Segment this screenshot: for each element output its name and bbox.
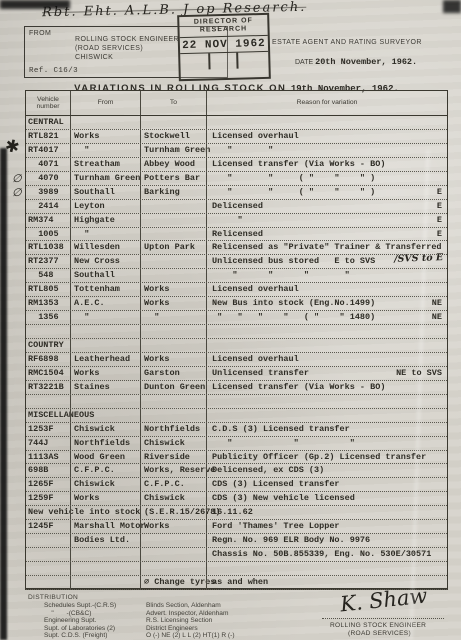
cell-vehicle-number: CENTRAL [26, 116, 70, 129]
table-row [26, 325, 447, 339]
date-label: DATE [295, 59, 313, 66]
table-row: RTL821WorksStockwellLicensed overhaul [26, 130, 447, 144]
cell-from: Works [70, 367, 140, 380]
table-row: 744JNorthfieldsChiswick " " " [26, 437, 447, 451]
cell-from: " [70, 311, 140, 324]
cell-reason: DelicensedE [206, 200, 447, 213]
cell-reason: New Bus into stock (Eng.No.1499)NE [206, 297, 447, 310]
cell-from: Leatherhead [70, 353, 140, 366]
cell-vehicle-number: 698B [26, 464, 70, 477]
section-row: MISCELLANEOUS [26, 409, 447, 423]
allocation-note: NE to SVS [396, 367, 442, 380]
cell-vehicle-number [26, 395, 70, 408]
cell-from: Staines [70, 381, 140, 394]
cell-vehicle-number: 1265F [26, 478, 70, 491]
allocation-note: NE [432, 311, 442, 324]
table-row: RT4017 "Turnham Green " "✱ [26, 144, 447, 158]
cell-to [140, 562, 206, 575]
cell-to: Dunton Green [140, 381, 206, 394]
cell-from: le into stock [70, 506, 140, 519]
table-row: New vehicle into stock(S.E.R.15/2678)16.… [26, 506, 447, 520]
cell-from: Marshall Motor [70, 520, 140, 533]
cell-from: Turnham Green [70, 172, 140, 185]
table-row: ∅ Change tyresas and when [26, 576, 447, 590]
cell-vehicle-number [26, 325, 70, 338]
cell-vehicle-number: 1113AS [26, 451, 70, 464]
cell-vehicle-number: 1005 [26, 228, 70, 241]
table-body: CENTRALRTL821WorksStockwellLicensed over… [26, 116, 447, 590]
cell-vehicle-number: 4071 [26, 158, 70, 171]
cell-reason [206, 562, 447, 575]
cell-reason: "E [206, 214, 447, 227]
cell-to [140, 269, 206, 282]
cell-reason: Unlicensed bus stored E to SVS/SVS to E [206, 255, 447, 268]
table-row: 1253FChiswickNorthfieldsC.D.S (3) Licens… [26, 423, 447, 437]
cell-from: New Cross [70, 255, 140, 268]
cell-from [70, 548, 140, 561]
distribution-column-1: Schedules Supt.-(C.R.S) " -(CB&C)Enginee… [44, 602, 116, 640]
distribution-item: O (-) NE (2) L L (2) HT(1) R (-) [146, 632, 235, 640]
cell-to: Works [140, 520, 206, 533]
table-row: 698BC.F.P.C.Works, ReserveDelicensed, ex… [26, 464, 447, 478]
cell-from: Bodies Ltd. [70, 534, 140, 547]
cell-to: (S.E.R.15/2678) [140, 506, 206, 519]
cell-reason: CDS (3) New vehicle licensed [206, 492, 447, 505]
cell-from [70, 325, 140, 338]
cell-to: Works, Reserve [140, 464, 206, 477]
margin-asterisk-mark: ✱ [3, 136, 21, 159]
distribution-item: Supt. C.D.S. (Freight) [44, 632, 116, 640]
allocation-note: E [437, 228, 442, 241]
from-address-lines: ROLLING STOCK ENGINEER (ROAD SERVICES) C… [75, 35, 179, 62]
cell-vehicle-number: RF6898 [26, 353, 70, 366]
cell-from: Leyton [70, 200, 140, 213]
reference-number: Ref. C16/3 [29, 67, 78, 75]
stamp-title: DIRECTOR OF RESEARCH [179, 15, 268, 38]
cell-to: Chiswick [140, 437, 206, 450]
table-row: RF6898LeatherheadWorksLicensed overhaul [26, 353, 447, 367]
distribution-item: Schedules Supt.-(C.R.S) [44, 602, 116, 610]
cell-reason: " " ( " " " ) [206, 172, 447, 185]
cell-to [140, 325, 206, 338]
cell-to: Upton Park [140, 241, 206, 254]
cell-reason: CDS (3) Licensed transfer [206, 478, 447, 491]
rolling-stock-table: Vehicle numberFromToReason for variation… [25, 90, 448, 590]
table-row: 1245FMarshall MotorWorksFord 'Thames' Tr… [26, 520, 447, 534]
cell-reason: Licensed overhaul [206, 353, 447, 366]
cell-vehicle-number [26, 576, 70, 589]
cell-vehicle-number: MISCELLANEOUS [26, 409, 70, 422]
cell-reason: Publicity Officer (Gp.2) Licensed transf… [206, 451, 447, 464]
table-row [26, 395, 447, 409]
table-row: Chassis No. 50B.855339, Eng. No. 530E/30… [26, 548, 447, 562]
table-row: RM1353A.E.C.WorksNew Bus into stock (Eng… [26, 297, 447, 311]
document-page: Rbt. Eht. A.L.B. J op Research. FROM ROL… [0, 0, 461, 640]
table-row: RT3221BStainesDunton GreenLicensed trans… [26, 381, 447, 395]
cell-reason [206, 409, 447, 422]
cell-reason: Regn. No. 969 ELR Body No. 9976 [206, 534, 447, 547]
table-row: RTL805TottenhamWorksLicensed overhaul [26, 283, 447, 297]
table-row: Bodies Ltd.Regn. No. 969 ELR Body No. 99… [26, 534, 447, 548]
allocation-note: E [437, 200, 442, 213]
cell-from: Tottenham [70, 283, 140, 296]
cell-to: Stockwell [140, 130, 206, 143]
cell-vehicle-number [26, 534, 70, 547]
cell-from: Southall [70, 269, 140, 282]
cell-vehicle-number: RT2377 [26, 255, 70, 268]
cell-to: C.F.P.C. [140, 478, 206, 491]
column-header: Vehicle number [26, 91, 70, 115]
cell-reason: 16.11.62 [206, 506, 447, 519]
column-header: Reason for variation [206, 91, 447, 115]
cell-vehicle-number: RT3221B [26, 381, 70, 394]
table-row: RMC1504WorksGarstonUnlicensed transferNE… [26, 367, 447, 381]
cell-to [140, 116, 206, 129]
from-line-2: (ROAD SERVICES) [75, 44, 179, 53]
cell-to [140, 534, 206, 547]
table-row: RTL1038WillesdenUpton ParkRelicensed as … [26, 241, 447, 255]
table-row: 1113ASWood GreenRiversidePublicity Offic… [26, 451, 447, 465]
cell-vehicle-number: RTL1038 [26, 241, 70, 254]
handwritten-correction: /SVS to E [394, 252, 444, 267]
cell-reason: " " " [206, 437, 447, 450]
cell-reason: " " " " ( " " 1480)NE [206, 311, 447, 324]
cell-from: Chiswick [70, 423, 140, 436]
cell-vehicle-number: 1259F [26, 492, 70, 505]
cell-reason [206, 339, 447, 352]
cell-vehicle-number: 1245F [26, 520, 70, 533]
allocation-note: E [437, 186, 442, 199]
cell-reason [206, 395, 447, 408]
cell-to: Potters Bar [140, 172, 206, 185]
cell-to [140, 214, 206, 227]
cell-reason: Delicensed, ex CDS (3) [206, 464, 447, 477]
cell-reason: C.D.S (3) Licensed transfer [206, 423, 447, 436]
table-row: 1259FWorksChiswickCDS (3) New vehicle li… [26, 492, 447, 506]
cell-vehicle-number: RM374 [26, 214, 70, 227]
distribution-item: Engineering Supt. [44, 617, 116, 625]
cell-reason [206, 325, 447, 338]
cell-from [70, 576, 140, 589]
cell-to [140, 395, 206, 408]
section-row: CENTRAL [26, 116, 447, 130]
cell-from: A.E.C. [70, 297, 140, 310]
cell-from: Highgate [70, 214, 140, 227]
table-row [26, 562, 447, 576]
cell-vehicle-number: 744J [26, 437, 70, 450]
cell-to: Garston [140, 367, 206, 380]
cell-from: C.F.P.C. [70, 464, 140, 477]
table-row: 4071StreathamAbbey WoodLicensed transfer… [26, 158, 447, 172]
cell-to: Works [140, 297, 206, 310]
column-header: From [70, 91, 140, 115]
distribution-column-2: Blinds Section, AldenhamAdvert. Inspecto… [146, 602, 235, 640]
table-header-row: Vehicle numberFromToReason for variation [26, 91, 447, 116]
margin-null-mark: ∅ [12, 172, 22, 185]
cell-reason: RelicensedE [206, 228, 447, 241]
cell-from [70, 339, 140, 352]
table-row: 4070Turnham GreenPotters Bar " " ( " " "… [26, 172, 447, 186]
cell-reason: " " [206, 144, 447, 157]
distribution-title: DISTRIBUTION [28, 594, 78, 601]
cell-from [70, 395, 140, 408]
cell-vehicle-number: 1356 [26, 311, 70, 324]
cell-from: " [70, 228, 140, 241]
table-row: 2414LeytonDelicensedE [26, 200, 447, 214]
cell-reason: Unlicensed transferNE to SVS [206, 367, 447, 380]
cell-reason: Ford 'Thames' Tree Lopper [206, 520, 447, 533]
cell-vehicle-number: RTL821 [26, 130, 70, 143]
cell-to [140, 255, 206, 268]
photo-edge-left [0, 148, 7, 640]
cell-to [140, 548, 206, 561]
cell-vehicle-number: 3989 [26, 186, 70, 199]
cell-from: Streatham [70, 158, 140, 171]
cell-from: Wood Green [70, 451, 140, 464]
cell-reason [206, 116, 447, 129]
cell-to [140, 200, 206, 213]
date-line: DATE 20th November, 1962. [295, 57, 417, 67]
cell-vehicle-number: 2414 [26, 200, 70, 213]
cell-from: Chiswick [70, 478, 140, 491]
cell-reason: as and when [206, 576, 447, 589]
cell-reason: Licensed overhaul [206, 130, 447, 143]
date-value: 20th November, 1962. [315, 57, 417, 67]
cell-from [70, 409, 140, 422]
date-stamp: DIRECTOR OF RESEARCH 22 NOV 1962 [177, 13, 271, 81]
cell-from: Willesden [70, 241, 140, 254]
cell-reason: Licensed transfer (Via Works - BO) [206, 158, 447, 171]
cell-reason: " " " " [206, 269, 447, 282]
cell-to [140, 339, 206, 352]
cell-vehicle-number: RTL805 [26, 283, 70, 296]
allocation-note: NE [432, 297, 442, 310]
cell-vehicle-number: RM1353 [26, 297, 70, 310]
allocation-note: E [437, 214, 442, 227]
table-row: RM374Highgate "E [26, 214, 447, 228]
cell-vehicle-number: New vehic [26, 506, 70, 519]
table-row: 3989SouthallBarking " " ( " " " )E∅ [26, 186, 447, 200]
cell-to: Turnham Green [140, 144, 206, 157]
cell-to: Abbey Wood [140, 158, 206, 171]
cell-reason: Licensed overhaul [206, 283, 447, 296]
distribution-item: Supt. of Laboratories (2) [44, 625, 116, 633]
cell-vehicle-number: RMC1504 [26, 367, 70, 380]
cell-to: ∅ Change tyres [140, 576, 206, 589]
cell-to [140, 228, 206, 241]
cell-vehicle-number: 1253F [26, 423, 70, 436]
cell-vehicle-number: COUNTRY [26, 339, 70, 352]
from-line-1: ROLLING STOCK ENGINEER [75, 35, 179, 44]
margin-null-mark: ∅ [12, 186, 22, 199]
table-row: 1005 "RelicensedE [26, 228, 447, 242]
cell-to: Barking [140, 186, 206, 199]
cell-from [70, 562, 140, 575]
cell-to: Works [140, 283, 206, 296]
cell-vehicle-number: RT4017 [26, 144, 70, 157]
cell-to: Riverside [140, 451, 206, 464]
column-header: To [140, 91, 206, 115]
signature-line [322, 618, 444, 619]
cell-from: Works [70, 492, 140, 505]
estate-agent-text: ESTATE AGENT AND RATING SURVEYOR [272, 39, 422, 46]
distribution-item: Blinds Section, Aldenham [146, 602, 235, 610]
cell-vehicle-number [26, 548, 70, 561]
cell-reason: " " ( " " " )E [206, 186, 447, 199]
cell-vehicle-number [26, 562, 70, 575]
cell-from: " [70, 144, 140, 157]
distribution-item: Advert. Inspector, Aldenham [146, 610, 235, 618]
cell-to: Works [140, 353, 206, 366]
table-row: 1356 " " " " " " ( " " 1480)NE [26, 311, 447, 325]
distribution-item: " -(CB&C) [44, 610, 116, 618]
table-row: RT2377New CrossUnlicensed bus stored E t… [26, 255, 447, 269]
distribution-item: District Engineers [146, 625, 235, 633]
cell-to: Chiswick [140, 492, 206, 505]
cell-from: Southall [70, 186, 140, 199]
cell-reason: Chassis No. 50B.855339, Eng. No. 530E/30… [206, 548, 447, 561]
cell-vehicle-number: 4070 [26, 172, 70, 185]
table-row: 1265FChiswickC.F.P.C.CDS (3) Licensed tr… [26, 478, 447, 492]
from-line-3: CHISWICK [75, 53, 179, 62]
cell-to: " [140, 311, 206, 324]
cell-from: Works [70, 130, 140, 143]
cell-to: Northfields [140, 423, 206, 436]
cell-from [70, 116, 140, 129]
cell-reason: Licensed transfer (Via Works - BO) [206, 381, 447, 394]
cell-to [140, 409, 206, 422]
section-row: COUNTRY [26, 339, 447, 353]
from-label: FROM [29, 30, 51, 37]
cell-from: Northfields [70, 437, 140, 450]
distribution-item: R.S. Licensing Section [146, 617, 235, 625]
table-row: 548Southall " " " " [26, 269, 447, 283]
cell-vehicle-number: 548 [26, 269, 70, 282]
